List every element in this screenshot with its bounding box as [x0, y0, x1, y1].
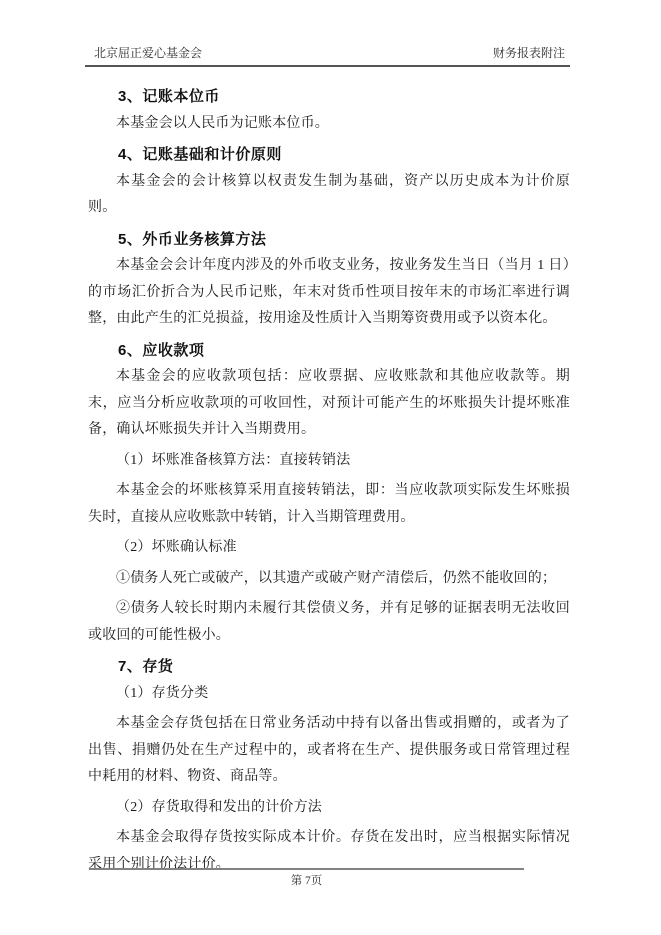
- footer-divider: [89, 868, 524, 870]
- section-foreign-currency: 5、外币业务核算方法 本基金会会计年度内涉及的外币收支业务，按业务发生当日（当月…: [88, 227, 570, 333]
- paragraph: （2）坏账确认标准: [88, 535, 570, 562]
- paragraph: 本基金会存货包括在日常业务活动中持有以备出售或捐赠的，或者为了出售、捐赠仍处在生…: [88, 711, 570, 791]
- paragraph: ②债务人较长时期内未履行其偿债义务，并有足够的证据表明无法收回或收回的可能性极小…: [88, 596, 570, 649]
- header-org-name: 北京屈正爱心基金会: [94, 44, 202, 61]
- section-accounting-currency: 3、记账本位币 本基金会以人民币为记账本位币。: [88, 84, 570, 137]
- document-content: 3、记账本位币 本基金会以人民币为记账本位币。 4、记账基础和计价原则 本基金会…: [88, 84, 570, 878]
- section-receivables: 6、应收款项 本基金会的应收款项包括：应收票据、应收账款和其他应收款等。期末，应…: [88, 338, 570, 650]
- paragraph: 本基金会的会计核算以权责发生制为基础，资产以历史成本为计价原则。: [88, 169, 570, 222]
- paragraph: （1）坏账准备核算方法：直接转销法: [88, 448, 570, 475]
- header-doc-title: 财务报表附注: [493, 44, 565, 61]
- section-heading: 4、记账基础和计价原则: [88, 142, 570, 169]
- section-accounting-basis: 4、记账基础和计价原则 本基金会的会计核算以权责发生制为基础，资产以历史成本为计…: [88, 142, 570, 222]
- page-header: 北京屈正爱心基金会 财务报表附注: [85, 44, 570, 67]
- section-heading: 5、外币业务核算方法: [88, 227, 570, 254]
- paragraph: （1）存货分类: [88, 681, 570, 708]
- paragraph: 本基金会以人民币为记账本位币。: [88, 111, 570, 138]
- page-number: 第 7页: [89, 872, 524, 888]
- section-heading: 3、记账本位币: [88, 84, 570, 111]
- document-page: 北京屈正爱心基金会 财务报表附注 3、记账本位币 本基金会以人民币为记账本位币。…: [0, 0, 661, 935]
- paragraph: 本基金会会计年度内涉及的外币收支业务，按业务发生当日（当月 1 日）的市场汇价折…: [88, 253, 570, 333]
- section-heading: 6、应收款项: [88, 338, 570, 365]
- paragraph: 本基金会的应收款项包括：应收票据、应收账款和其他应收款等。期末，应当分析应收款项…: [88, 364, 570, 444]
- paragraph: 本基金会的坏账核算采用直接转销法，即：当应收款项实际发生坏账损失时，直接从应收账…: [88, 478, 570, 531]
- section-heading: 7、存货: [88, 654, 570, 681]
- paragraph: ①债务人死亡或破产，以其遗产或破产财产清偿后，仍然不能收回的；: [88, 566, 570, 593]
- paragraph: 本基金会取得存货按实际成本计价。存货在发出时，应当根据实际情况采用个别计价法计价…: [88, 825, 570, 878]
- paragraph: （2）存货取得和发出的计价方法: [88, 795, 570, 822]
- section-inventory: 7、存货 （1）存货分类 本基金会存货包括在日常业务活动中持有以备出售或捐赠的，…: [88, 654, 570, 878]
